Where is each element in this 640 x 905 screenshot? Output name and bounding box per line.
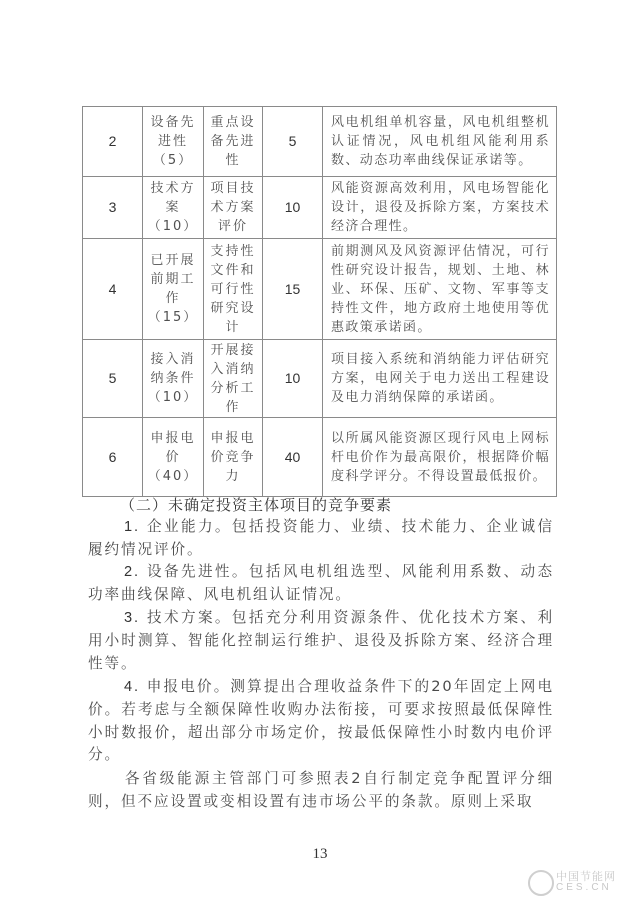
item-cell: 支持性文件和可行性研究设计: [204, 239, 263, 340]
category-cell: 技术方案（10）: [143, 177, 204, 239]
closing-paragraph: 各省级能源主管部门可参照表2自行制定竞争配置评分细则，但不应设置或变相设置有违市…: [88, 768, 554, 814]
paragraph-item-1: 1. 企业能力。包括投资能力、业绩、技术能力、企业诚信履约情况评价。: [88, 516, 554, 562]
score-cell: 40: [263, 418, 323, 497]
item-number: 1.: [124, 519, 140, 535]
watermark: 中国节能网 CES.CN: [528, 868, 638, 898]
description-cell: 项目接入系统和消纳能力评估研究方案，电网关于电力送出工程建设及电力消纳保障的承诺…: [323, 340, 557, 418]
item-text: 设备先进性。包括风电机组选型、风能利用系数、动态功率曲线保障、风电机组认证情况。: [88, 563, 554, 603]
document-page: 2 设备先进性（5） 重点设备先进性 5 风电机组单机容量，风电机组整机认证情况…: [0, 0, 640, 905]
item-text: 技术方案。包括充分利用资源条件、优化技术方案、利用小时测算、智能化控制运行维护、…: [88, 609, 554, 672]
paragraph-item-2: 2. 设备先进性。包括风电机组选型、风能利用系数、动态功率曲线保障、风电机组认证…: [88, 561, 554, 607]
category-cell: 已开展前期工作（15）: [143, 239, 204, 340]
section-heading: （二）未确定投资主体项目的竞争要素: [120, 494, 392, 516]
paragraph-item-4: 4. 申报电价。测算提出合理收益条件下的20年固定上网电价。若考虑与全额保障性收…: [88, 676, 554, 767]
score-cell: 10: [263, 177, 323, 239]
table-row: 2 设备先进性（5） 重点设备先进性 5 风电机组单机容量，风电机组整机认证情况…: [83, 107, 557, 177]
watermark-logo-icon: [528, 870, 554, 896]
row-number: 4: [83, 239, 143, 340]
table-row: 3 技术方案（10） 项目技术方案评价 10 风能资源高效利用，风电场智能化设计…: [83, 177, 557, 239]
item-cell: 开展接入消纳分析工作: [204, 340, 263, 418]
description-cell: 以所属风能资源区现行风电上网标杆电价作为最高限价，根据降价幅度科学评分。不得设置…: [323, 418, 557, 497]
item-number: 3.: [124, 610, 140, 626]
watermark-en-text: CES.CN: [556, 882, 612, 893]
paragraph-item-3: 3. 技术方案。包括充分利用资源条件、优化技术方案、利用小时测算、智能化控制运行…: [88, 607, 554, 675]
description-cell: 风能资源高效利用，风电场智能化设计，退役及拆除方案，方案技术经济合理性。: [323, 177, 557, 239]
scoring-table: 2 设备先进性（5） 重点设备先进性 5 风电机组单机容量，风电机组整机认证情况…: [82, 106, 557, 497]
item-text: 申报电价。测算提出合理收益条件下的20年固定上网电价。若考虑与全额保障性收购办法…: [88, 678, 554, 763]
item-cell: 重点设备先进性: [204, 107, 263, 177]
page-number: 13: [0, 846, 640, 863]
row-number: 2: [83, 107, 143, 177]
item-text: 企业能力。包括投资能力、业绩、技术能力、企业诚信履约情况评价。: [88, 518, 554, 558]
item-number: 2.: [124, 564, 140, 580]
table-row: 5 接入消纳条件（10） 开展接入消纳分析工作 10 项目接入系统和消纳能力评估…: [83, 340, 557, 418]
table-row: 4 已开展前期工作（15） 支持性文件和可行性研究设计 15 前期测风及风资源评…: [83, 239, 557, 340]
description-cell: 前期测风及风资源评估情况，可行性研究设计报告，规划、土地、林业、环保、压矿、文物…: [323, 239, 557, 340]
closing-text: 各省级能源主管部门可参照表2自行制定竞争配置评分细则，但不应设置或变相设置有违市…: [88, 770, 554, 810]
category-cell: 设备先进性（5）: [143, 107, 204, 177]
score-cell: 10: [263, 340, 323, 418]
score-cell: 5: [263, 107, 323, 177]
item-cell: 项目技术方案评价: [204, 177, 263, 239]
category-cell: 申报电价（40）: [143, 418, 204, 497]
table-row: 6 申报电价（40） 申报电价竞争力 40 以所属风能资源区现行风电上网标杆电价…: [83, 418, 557, 497]
row-number: 3: [83, 177, 143, 239]
item-cell: 申报电价竞争力: [204, 418, 263, 497]
score-cell: 15: [263, 239, 323, 340]
category-cell: 接入消纳条件（10）: [143, 340, 204, 418]
item-number: 4.: [124, 679, 140, 695]
description-cell: 风电机组单机容量，风电机组整机认证情况，风电机组风能利用系数、动态功率曲线保证承…: [323, 107, 557, 177]
row-number: 6: [83, 418, 143, 497]
row-number: 5: [83, 340, 143, 418]
